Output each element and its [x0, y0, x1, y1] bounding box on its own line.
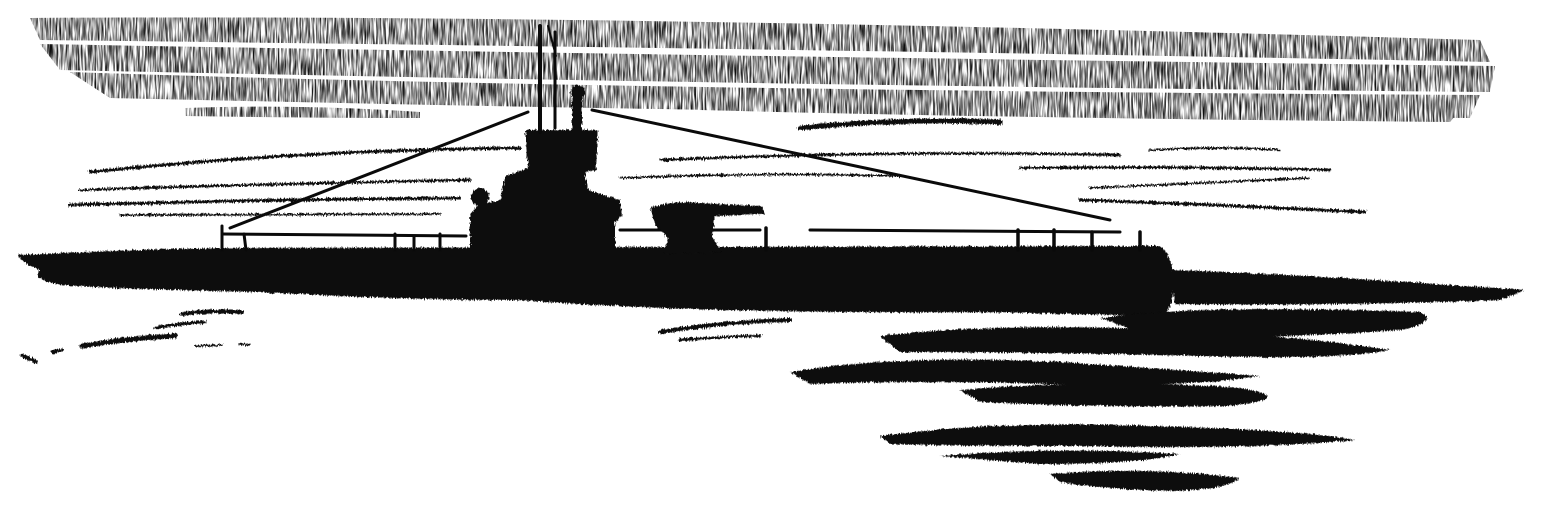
deck-gun — [650, 202, 765, 254]
submarine-hull — [18, 246, 1525, 316]
submarine-illustration: Submarine at sea — [0, 0, 1546, 516]
ink-drawing — [0, 0, 1546, 516]
sea-strokes-left — [22, 311, 790, 362]
sky-hatching — [30, 17, 1495, 122]
sky-streaks — [70, 121, 1365, 215]
sea-waves — [790, 309, 1427, 491]
